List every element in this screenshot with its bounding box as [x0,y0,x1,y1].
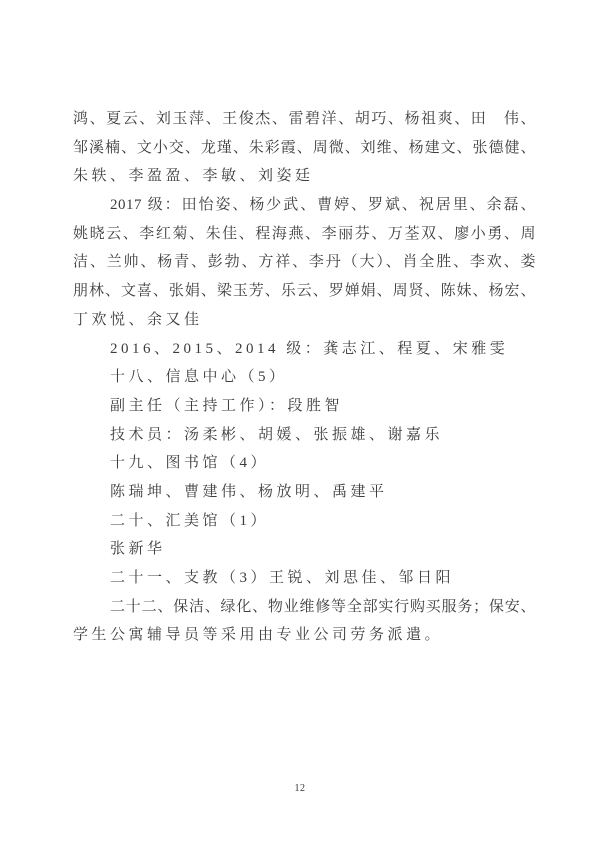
text-line: 2016、2015、2014 级：龚志江、程夏、宋雅雯 [73,335,536,364]
text-line: 鸿、夏云、刘玉萍、王俊杰、雷碧洋、胡巧、杨祖爽、田 伟、 [73,105,536,134]
text-line: 姚晓云、李红菊、朱佳、程海燕、李丽芬、万荃双、廖小勇、周 [73,220,536,249]
text-line: 二十二、保洁、绿化、物业维修等全部实行购买服务；保安、 [73,593,536,622]
text-line: 朋林、文喜、张娟、梁玉芳、乐云、罗婵娟、周贤、陈妹、杨宏、 [73,277,536,306]
text-line: 洁、兰帅、杨青、彭勃、方祥、李丹（大）、肖全胜、李欢、娄 [73,248,536,277]
document-page: 鸿、夏云、刘玉萍、王俊杰、雷碧洋、胡巧、杨祖爽、田 伟、 邹溪楠、文小交、龙瑾、… [0,0,600,849]
page-number: 12 [0,783,600,794]
text-line: 陈瑞坤、曹建伟、杨放明、禹建平 [73,478,536,507]
text-line: 邹溪楠、文小交、龙瑾、朱彩霞、周微、刘维、杨建文、张德健、 [73,134,536,163]
text-line: 副主任（主持工作）：段胜智 [73,392,536,421]
text-line: 十九、图书馆（4） [73,449,536,478]
text-line: 学生公寓辅导员等采用由专业公司劳务派遣。 [73,621,536,650]
text-line: 二十、汇美馆（1） [73,507,536,536]
text-line: 二十一、支教（3）王锐、刘思佳、邹日阳 [73,564,536,593]
text-line: 技术员：汤柔彬、胡媛、张振雄、谢嘉乐 [73,421,536,450]
text-line: 丁欢悦、余又佳 [73,306,536,335]
text-line: 朱轶、李盈盈、李敏、刘姿廷 [73,162,536,191]
text-line: 张新华 [73,535,536,564]
text-line: 十八、信息中心（5） [73,363,536,392]
text-line: 2017 级：田怡姿、杨少武、曹婷、罗斌、祝居里、余磊、 [73,191,536,220]
document-body: 鸿、夏云、刘玉萍、王俊杰、雷碧洋、胡巧、杨祖爽、田 伟、 邹溪楠、文小交、龙瑾、… [73,105,536,650]
